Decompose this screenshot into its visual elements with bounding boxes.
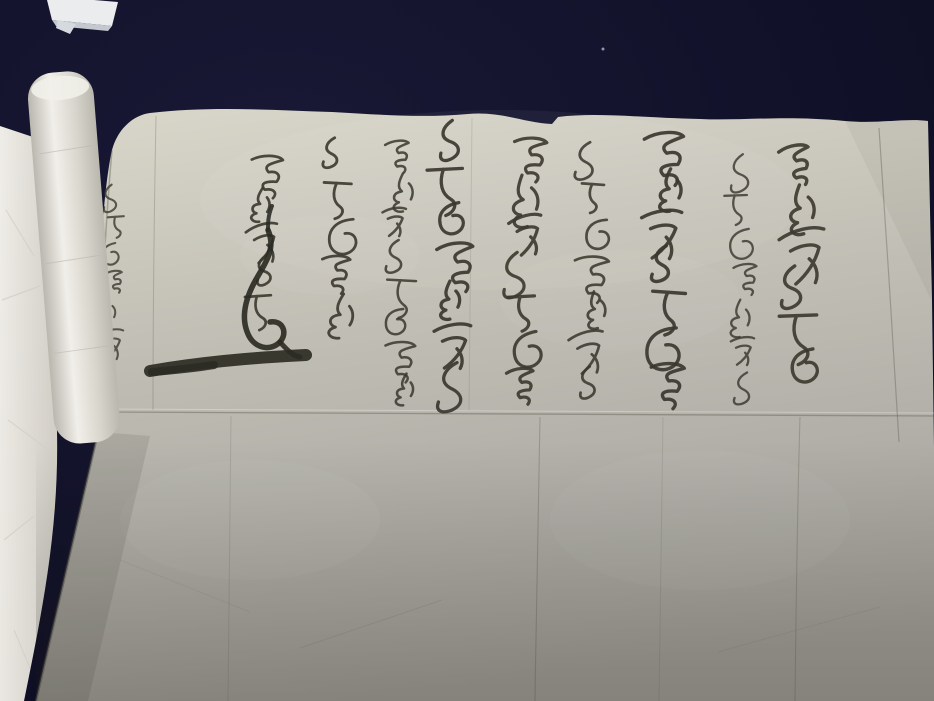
document-paper [36,109,934,701]
scroll-photograph [0,0,934,701]
photo-canvas [0,0,934,701]
bottom-vignette [36,440,934,701]
dust-speck [602,48,605,51]
